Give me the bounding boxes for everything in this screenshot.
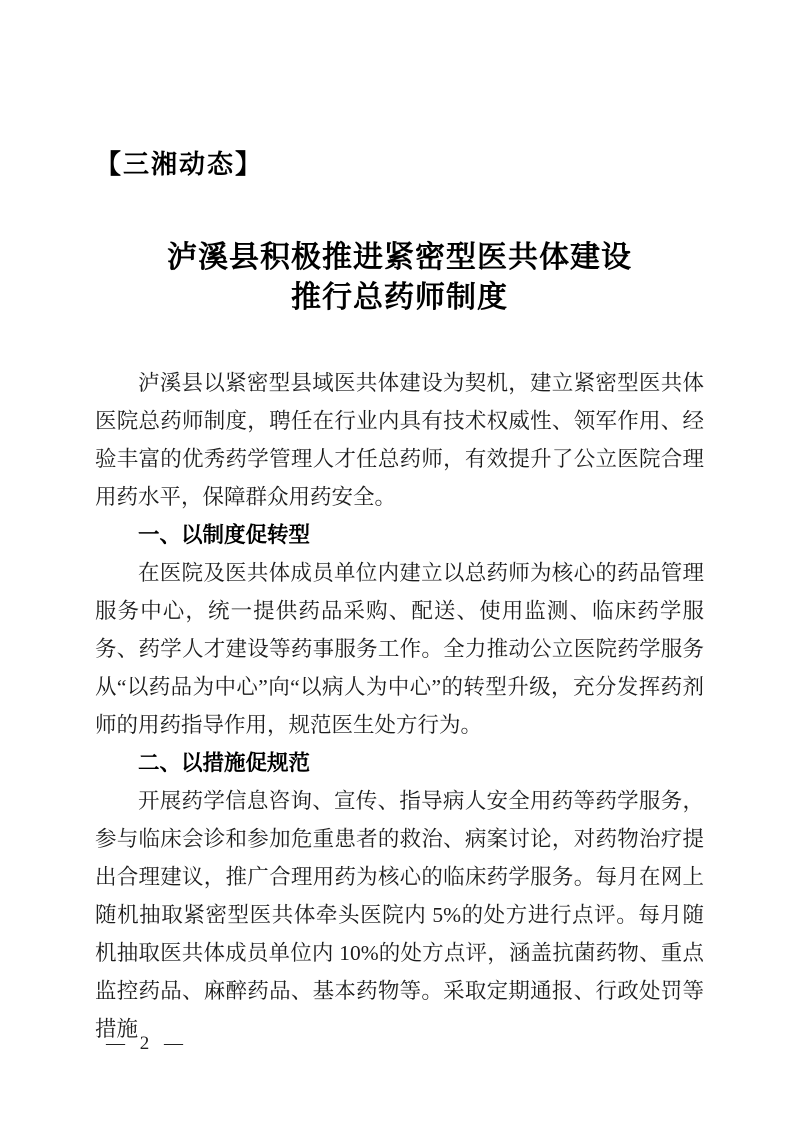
paragraph-section-1: 在医院及医共体成员单位内建立以总药师为核心的药品管理服务中心，统一提供药品采购、… — [95, 554, 704, 744]
paragraph-section-2: 开展药学信息咨询、宣传、指导病人安全用药等药学服务，参与临床会诊和参加危重患者的… — [95, 782, 704, 1048]
document-title-line1: 泸溪县积极推进紧密型医共体建设 — [95, 238, 704, 278]
document-body: 泸溪县以紧密型县域医共体建设为契机，建立紧密型医共体医院总药师制度，聘任在行业内… — [95, 364, 704, 1048]
paragraph-intro: 泸溪县以紧密型县域医共体建设为契机，建立紧密型医共体医院总药师制度，聘任在行业内… — [95, 364, 704, 516]
section-heading-2: 二、以措施促规范 — [95, 744, 704, 782]
section-heading-1: 一、以制度促转型 — [95, 516, 704, 554]
document-page: 【三湘动态】 泸溪县积极推进紧密型医共体建设 推行总药师制度 泸溪县以紧密型县域… — [0, 0, 794, 1123]
document-title: 泸溪县积极推进紧密型医共体建设 推行总药师制度 — [95, 238, 704, 318]
section-tag: 【三湘动态】 — [95, 148, 704, 182]
document-title-line2: 推行总药师制度 — [95, 278, 704, 318]
page-number: — 2 — — [106, 1033, 188, 1055]
